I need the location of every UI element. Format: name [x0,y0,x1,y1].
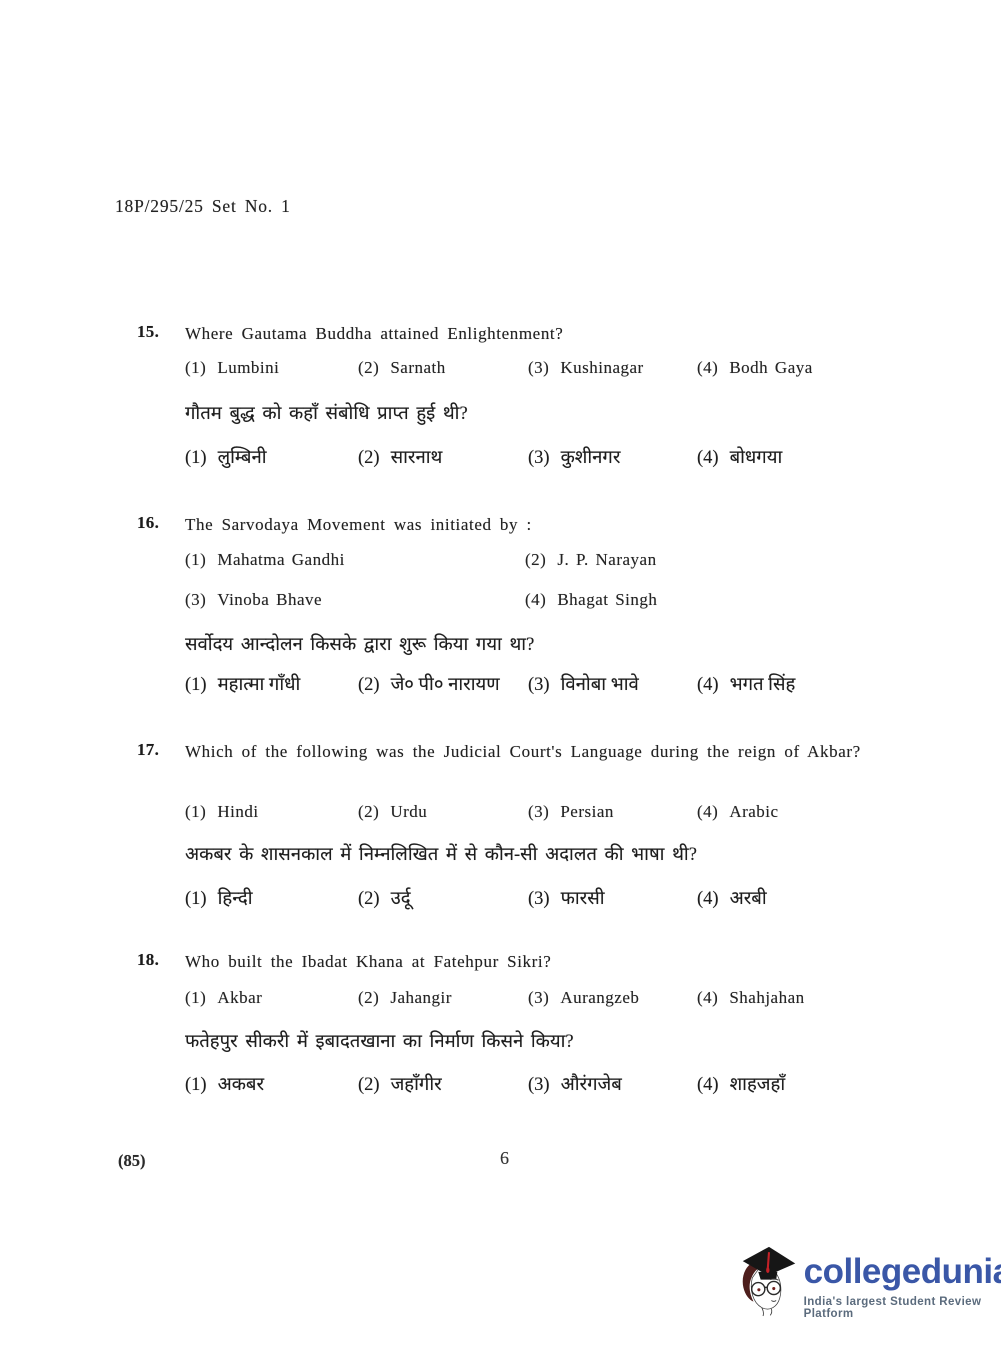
option-number: (2) [358,448,380,469]
option: (3)विनोबा भावे [528,671,639,696]
option-text: शाहजहाँ [730,1075,786,1095]
option-number: (1) [185,358,206,378]
option: (1)Hindi [185,802,259,822]
exam-paper-page: 18P/295/25 Set No. 1 15. Where Gautama B… [0,0,1001,1356]
option: (2)J. P. Narayan [525,550,657,570]
option: (1)हिन्दी [185,885,253,910]
question-18-options-hi: (1)अकबर (2)जहाँगीर (3)औरंगजेब (4)शाहजहाँ [185,1071,845,1099]
option-text: Arabic [729,802,778,821]
option-number: (3) [185,590,206,610]
option-number: (3) [528,358,549,378]
page-number: 6 [500,1148,509,1169]
option-text: जे० पी० नारायण [391,675,500,695]
option: (2)Urdu [358,802,427,822]
booklet-code: (85) [118,1151,146,1171]
option: (4)Shahjahan [697,988,805,1008]
question-18-options-en: (1)Akbar (2)Jahangir (3)Aurangzeb (4)Sha… [185,988,845,1016]
option: (2)उर्दू [358,885,411,910]
option: (1)महात्मा गाँधी [185,671,300,696]
option-number: (4) [697,1075,719,1096]
graduate-mascot-icon [738,1242,798,1322]
question-15-text-hi: गौतम बुद्ध को कहाँ संबोधि प्राप्त हुई थी… [185,400,909,428]
option: (4)बोधगया [697,444,782,469]
option-text: Mahatma Gandhi [217,550,345,569]
option: (3)फारसी [528,885,605,910]
option-text: Bhagat Singh [557,590,657,609]
option-number: (3) [528,889,550,910]
option-text: Kushinagar [560,358,643,377]
option-number: (1) [185,802,206,822]
option: (3)औरंगजेब [528,1071,622,1096]
option-number: (4) [697,889,719,910]
option-number: (2) [358,675,380,696]
option-text: Lumbini [217,358,279,377]
option: (2)जहाँगीर [358,1071,442,1096]
option-number: (3) [528,448,550,469]
option: (2)जे० पी० नारायण [358,671,500,696]
option-text: भगत सिंह [730,675,796,695]
option-text: J. P. Narayan [557,550,656,569]
question-17-options-en: (1)Hindi (2)Urdu (3)Persian (4)Arabic [185,802,845,830]
option-text: हिन्दी [218,889,253,909]
option: (1)Mahatma Gandhi [185,550,345,570]
question-17-options-hi: (1)हिन्दी (2)उर्दू (3)फारसी (4)अरबी [185,885,845,913]
option-text: विनोबा भावे [561,675,639,695]
brand-tagline: India's largest Student Review Platform [804,1296,1001,1320]
option-text: लुम्बिनी [218,448,267,468]
option-text: फारसी [561,889,605,909]
option: (1)Lumbini [185,358,279,378]
option: (4)Bodh Gaya [697,358,813,378]
option-number: (2) [358,358,379,378]
option-number: (3) [528,675,550,696]
option-number: (1) [185,448,207,469]
option: (3)Aurangzeb [528,988,639,1008]
option-text: Jahangir [390,988,452,1007]
exam-code: 18P/295/25 Set No. 1 [115,196,291,217]
question-16-options-en-row1: (1)Mahatma Gandhi (2)J. P. Narayan [185,550,845,578]
question-17-text-en: Which of the following was the Judicial … [185,738,909,766]
option: (2)Jahangir [358,988,452,1008]
option-text: Hindi [217,802,258,821]
option: (1)Akbar [185,988,262,1008]
option: (3)Persian [528,802,614,822]
option-number: (4) [697,988,718,1008]
option-number: (2) [525,550,546,570]
option-text: Vinoba Bhave [217,590,322,609]
option: (2)Sarnath [358,358,446,378]
option-number: (4) [525,590,546,610]
option: (1)लुम्बिनी [185,444,267,469]
option-number: (2) [358,889,380,910]
option: (4)भगत सिंह [697,671,795,696]
option-number: (1) [185,675,207,696]
option-number: (3) [528,1075,550,1096]
question-15-number: 15. [137,322,159,342]
option-text: Aurangzeb [560,988,639,1007]
option-number: (4) [697,448,719,469]
collegedunia-logo: collegedunia .com India's largest Studen… [738,1242,1001,1322]
option-number: (2) [358,802,379,822]
option: (4)अरबी [697,885,767,910]
question-16-options-en-row2: (3)Vinoba Bhave (4)Bhagat Singh [185,590,845,618]
question-16-text-en: The Sarvodaya Movement was initiated by … [185,511,909,539]
option-text: Urdu [390,802,427,821]
option: (3)Kushinagar [528,358,644,378]
option: (4)Arabic [697,802,779,822]
option-text: सारनाथ [391,448,443,468]
option: (2)सारनाथ [358,444,442,469]
option: (4)Bhagat Singh [525,590,657,610]
option: (4)शाहजहाँ [697,1071,785,1096]
option-text: कुशीनगर [561,448,621,468]
option-text: Shahjahan [729,988,804,1007]
option-text: महात्मा गाँधी [218,675,301,695]
option-number: (1) [185,550,206,570]
option: (3)Vinoba Bhave [185,590,322,610]
question-18-number: 18. [137,950,159,970]
option-text: Bodh Gaya [729,358,812,377]
question-18-text-hi: फतेहपुर सीकरी में इबादतखाना का निर्माण क… [185,1028,909,1056]
option: (1)अकबर [185,1071,264,1096]
option-number: (1) [185,889,207,910]
option-number: (3) [528,988,549,1008]
question-16-number: 16. [137,513,159,533]
option-number: (4) [697,675,719,696]
option-text: अकबर [218,1075,264,1095]
option-text: अरबी [730,889,767,909]
option-number: (1) [185,988,206,1008]
option-number: (2) [358,1075,380,1096]
question-17-text-hi: अकबर के शासनकाल में निम्नलिखित में से कौ… [185,841,909,869]
option-number: (3) [528,802,549,822]
option-number: (2) [358,988,379,1008]
question-18-text-en: Who built the Ibadat Khana at Fatehpur S… [185,948,909,976]
option-text: औरंगजेब [561,1075,622,1095]
option-text: Sarnath [390,358,445,377]
option: (3)कुशीनगर [528,444,620,469]
option-text: Persian [560,802,614,821]
option-number: (1) [185,1075,207,1096]
question-17-number: 17. [137,740,159,760]
question-15-text-en: Where Gautama Buddha attained Enlightenm… [185,320,909,348]
option-text: उर्दू [391,889,411,909]
question-16-text-hi: सर्वोदय आन्दोलन किसके द्वारा शुरू किया ग… [185,631,909,659]
option-text: जहाँगीर [391,1075,442,1095]
question-15-options-hi: (1)लुम्बिनी (2)सारनाथ (3)कुशीनगर (4)बोधग… [185,444,845,472]
option-number: (4) [697,802,718,822]
brand-name: collegedunia [804,1254,1001,1289]
option-text: बोधगया [730,448,783,468]
question-16-options-hi: (1)महात्मा गाँधी (2)जे० पी० नारायण (3)वि… [185,671,845,699]
question-15-options-en: (1)Lumbini (2)Sarnath (3)Kushinagar (4)B… [185,358,845,386]
option-number: (4) [697,358,718,378]
option-text: Akbar [217,988,262,1007]
